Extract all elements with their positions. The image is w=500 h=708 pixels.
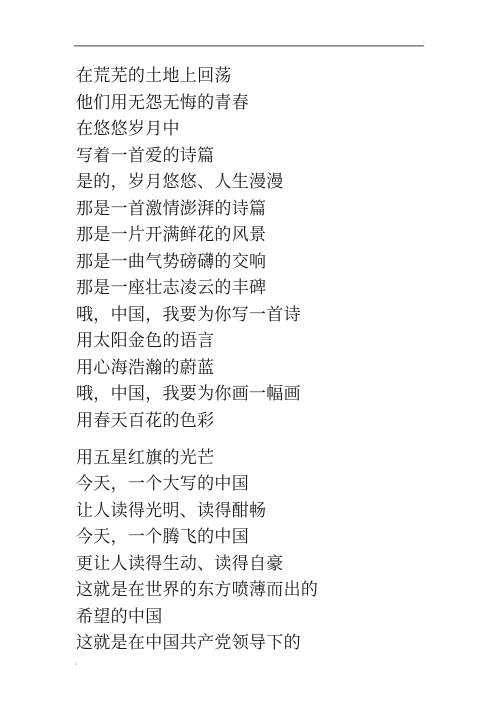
poem-body: 在荒芜的土地上回荡 他们用无怨无悔的青春 在悠悠岁月中 写着一首爱的诗篇 是的，… bbox=[76, 63, 318, 657]
poem-line: 那是一首激情澎湃的诗篇 bbox=[76, 196, 318, 223]
poem-line: 这就是在世界的东方喷薄而出的 bbox=[76, 577, 318, 604]
poem-line: 那是一片开满鲜花的风景 bbox=[76, 222, 318, 249]
poem-line: 希望的中国 bbox=[76, 604, 318, 631]
poem-line: 用心海浩瀚的蔚蓝 bbox=[76, 355, 318, 382]
poem-line: 在悠悠岁月中 bbox=[76, 116, 318, 143]
stanza-2: 用五星红旗的光芒 今天，一个大写的中国 让人读得光明、读得酣畅 今天，一个腾飞的… bbox=[76, 445, 318, 657]
poem-line: 这就是在中国共产党领导下的 bbox=[76, 630, 318, 657]
poem-line: 写着一首爱的诗篇 bbox=[76, 143, 318, 170]
poem-line: 用太阳金色的语言 bbox=[76, 328, 318, 355]
poem-line: 更让人读得生动、读得自豪 bbox=[76, 551, 318, 578]
poem-line: 在荒芜的土地上回荡 bbox=[76, 63, 318, 90]
poem-line: 他们用无怨无悔的青春 bbox=[76, 90, 318, 117]
poem-line: 那是一座壮志凌云的丰碑 bbox=[76, 275, 318, 302]
footer-mark: : bbox=[75, 660, 77, 667]
poem-line: 用五星红旗的光芒 bbox=[76, 445, 318, 472]
poem-line: 今天，一个腾飞的中国 bbox=[76, 524, 318, 551]
header-mark: . bbox=[423, 38, 425, 45]
poem-line: 让人读得光明、读得酣畅 bbox=[76, 498, 318, 525]
poem-line: 哦，中国，我要为你画一幅画 bbox=[76, 381, 318, 408]
poem-line: 哦，中国，我要为你写一首诗 bbox=[76, 302, 318, 329]
poem-line: 那是一曲气势磅礴的交响 bbox=[76, 249, 318, 276]
stanza-1: 在荒芜的土地上回荡 他们用无怨无悔的青春 在悠悠岁月中 写着一首爱的诗篇 是的，… bbox=[76, 63, 318, 434]
poem-line: 今天，一个大写的中国 bbox=[76, 471, 318, 498]
poem-line: 是的，岁月悠悠、人生漫漫 bbox=[76, 169, 318, 196]
stanza-gap bbox=[76, 434, 318, 445]
poem-line: 用春天百花的色彩 bbox=[76, 408, 318, 435]
header-rule bbox=[74, 45, 424, 47]
